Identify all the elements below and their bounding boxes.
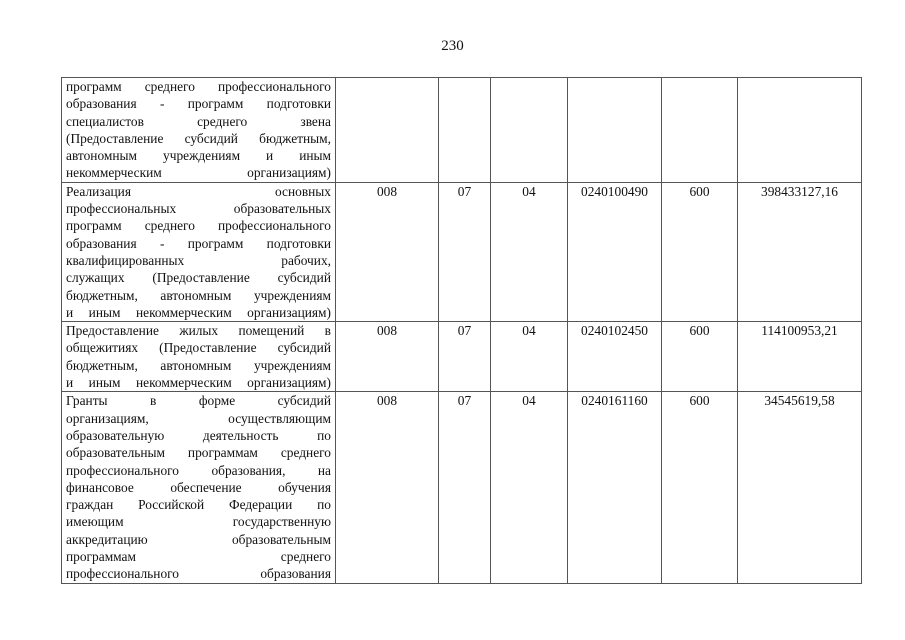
page-number: 230	[0, 38, 905, 55]
expense-type-cell: 600	[662, 322, 738, 392]
description-line: имеющим государственную	[66, 513, 331, 530]
description-line: Гранты в форме субсидий	[66, 392, 331, 409]
description-line: образовательную деятельность по	[66, 427, 331, 444]
amount-cell	[738, 78, 862, 183]
table-row: программ среднего профессиональногообраз…	[62, 78, 862, 183]
section-code-cell: 07	[439, 392, 491, 583]
description-cell: Гранты в форме субсидийорганизациям, осу…	[62, 392, 336, 583]
subsection-code-cell: 04	[491, 392, 568, 583]
description-line: программ среднего профессионального	[66, 78, 331, 95]
subsection-code-cell: 04	[491, 322, 568, 392]
description-line: финансовое обеспечение обучения	[66, 479, 331, 496]
target-article-cell: 0240100490	[568, 182, 662, 321]
description-line: (Предоставление субсидий бюджетным,	[66, 130, 331, 147]
description-line: специалистов среднего звена	[66, 113, 331, 130]
table-row: Реализация основныхпрофессиональных обра…	[62, 182, 862, 321]
ved-code-cell: 008	[336, 392, 439, 583]
description-line: профессионального образования	[66, 565, 331, 582]
description-line: образования - программ подготовки	[66, 95, 331, 112]
description-line: бюджетным, автономным учреждениям	[66, 287, 331, 304]
description-cell: Реализация основныхпрофессиональных обра…	[62, 182, 336, 321]
description-line: служащих (Предоставление субсидий	[66, 269, 331, 286]
amount-cell: 114100953,21	[738, 322, 862, 392]
description-line: программам среднего	[66, 548, 331, 565]
ved-code-cell: 008	[336, 182, 439, 321]
description-line: образования - программ подготовки	[66, 235, 331, 252]
description-line: автономным учреждениям и иным	[66, 147, 331, 164]
amount-cell: 34545619,58	[738, 392, 862, 583]
table-row: Предоставление жилых помещений вобщежити…	[62, 322, 862, 392]
section-code-cell: 07	[439, 322, 491, 392]
description-line: граждан Российской Федерации по	[66, 496, 331, 513]
description-cell: Предоставление жилых помещений вобщежити…	[62, 322, 336, 392]
target-article-cell: 0240161160	[568, 392, 662, 583]
section-code-cell: 07	[439, 182, 491, 321]
description-line: организациям, осуществляющим	[66, 410, 331, 427]
ved-code-cell: 008	[336, 322, 439, 392]
budget-table: программ среднего профессиональногообраз…	[61, 77, 862, 584]
expense-type-cell: 600	[662, 392, 738, 583]
description-line: общежитиях (Предоставление субсидий	[66, 339, 331, 356]
table-row: Гранты в форме субсидийорганизациям, осу…	[62, 392, 862, 583]
section-code-cell	[439, 78, 491, 183]
target-article-cell	[568, 78, 662, 183]
target-article-cell: 0240102450	[568, 322, 662, 392]
description-line: бюджетным, автономным учреждениям	[66, 357, 331, 374]
description-line: образовательным программам среднего	[66, 444, 331, 461]
description-line: аккредитацию образовательным	[66, 531, 331, 548]
description-line: квалифицированных рабочих,	[66, 252, 331, 269]
description-line: Реализация основных	[66, 183, 331, 200]
description-line: и иным некоммерческим организациям)	[66, 374, 331, 391]
amount-cell: 398433127,16	[738, 182, 862, 321]
description-cell: программ среднего профессиональногообраз…	[62, 78, 336, 183]
ved-code-cell	[336, 78, 439, 183]
expense-type-cell: 600	[662, 182, 738, 321]
description-line: программ среднего профессионального	[66, 217, 331, 234]
description-line: профессиональных образовательных	[66, 200, 331, 217]
description-line: и иным некоммерческим организациям)	[66, 304, 331, 321]
description-line: некоммерческим организациям)	[66, 164, 331, 181]
subsection-code-cell	[491, 78, 568, 183]
description-line: профессионального образования, на	[66, 462, 331, 479]
expense-type-cell	[662, 78, 738, 183]
subsection-code-cell: 04	[491, 182, 568, 321]
description-line: Предоставление жилых помещений в	[66, 322, 331, 339]
